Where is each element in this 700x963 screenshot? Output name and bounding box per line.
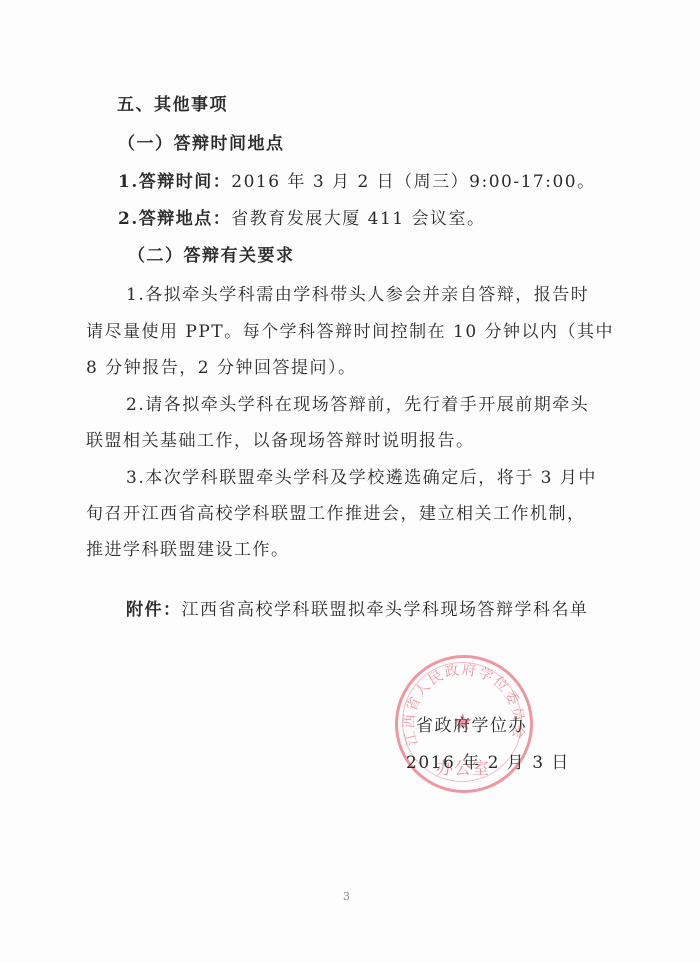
requirement-3-line-2: 旬召开江西省高校学科联盟工作推进会，建立相关工作机制， [86,503,586,525]
requirement-2-line-1: 2.请各拟牵头学科在现场答辩前，先行着手开展前期牵头 [126,394,589,416]
requirement-2-line-2: 联盟相关基础工作，以备现场答辩时说明报告。 [86,430,475,452]
signature-org: 省政府学位办 [416,715,527,737]
page-number: 3 [343,890,350,903]
defense-time-label: 1.答辩时间： [118,172,231,192]
attachment: 附件：江西省高校学科联盟拟牵头学科现场答辩学科名单 [126,599,589,621]
requirement-1-line-3: 8 分钟报告，2 分钟回答提问）。 [86,357,356,379]
subsection-requirements: （二）答辩有关要求 [128,245,295,267]
document-page: 五、其他事项 （一）答辩时间地点 1.答辩时间：2016 年 3 月 2 日（周… [0,0,700,963]
requirement-3-line-3: 推进学科联盟建设工作。 [86,539,290,561]
requirement-3-line-1: 3.本次学科联盟牵头学科及学校遴选确定后，将于 3 月中 [126,467,597,489]
section-title: 五、其他事项 [117,94,228,116]
defense-place-label: 2.答辩地点： [118,209,231,229]
defense-place-value: 省教育发展大厦 411 会议室。 [231,209,485,229]
defense-time: 1.答辩时间：2016 年 3 月 2 日（周三）9:00-17:00。 [118,171,596,193]
attachment-title: 江西省高校学科联盟拟牵头学科现场答辩学科名单 [182,600,589,620]
defense-time-value: 2016 年 3 月 2 日（周三）9:00-17:00。 [231,172,595,192]
requirement-1-line-1: 1.各拟牵头学科需由学科带头人参会并亲自答辩，报告时 [126,284,589,306]
defense-place: 2.答辩地点：省教育发展大厦 411 会议室。 [118,208,486,230]
subsection-time-place: （一）答辩时间地点 [118,133,285,155]
attachment-label: 附件： [126,600,182,620]
signature-date: 2016 年 2 月 3 日 [406,752,570,774]
requirement-1-line-2: 请尽量使用 PPT。每个学科答辩时间控制在 10 分钟以内（其中 [86,321,614,343]
